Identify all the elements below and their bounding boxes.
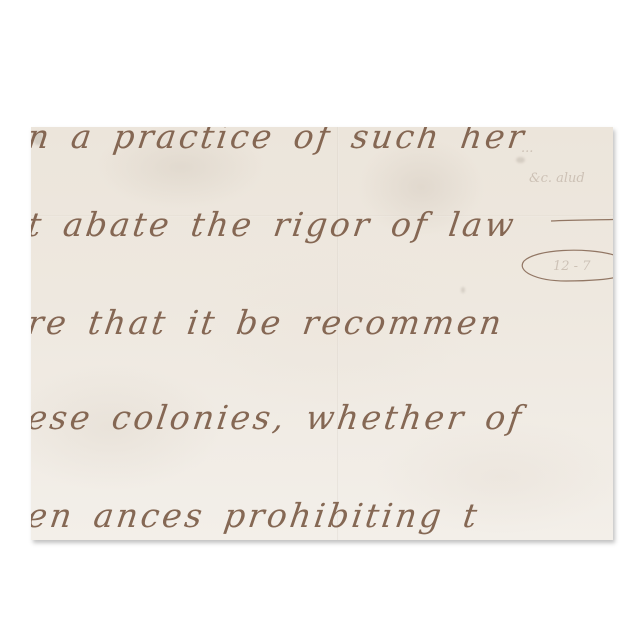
faint-note: &c. alud <box>529 171 585 186</box>
ink-stain <box>516 157 525 163</box>
handwritten-line: n a practice of such her <box>31 127 529 156</box>
handwritten-line: ese colonies, whether of <box>31 398 526 437</box>
pen-flourish-line <box>551 218 613 224</box>
canvas: ... &c. alud 12 - 7 n a practice of such… <box>0 0 644 644</box>
handwritten-line: en ances prohibiting t <box>31 496 482 535</box>
handwritten-line: t abate the rigor of law <box>31 205 519 244</box>
pen-flourish-loop <box>516 247 613 287</box>
ink-stain <box>461 287 465 293</box>
handwritten-line: re that it be recommen <box>31 303 507 342</box>
manuscript-paper: ... &c. alud 12 - 7 n a practice of such… <box>31 127 613 540</box>
